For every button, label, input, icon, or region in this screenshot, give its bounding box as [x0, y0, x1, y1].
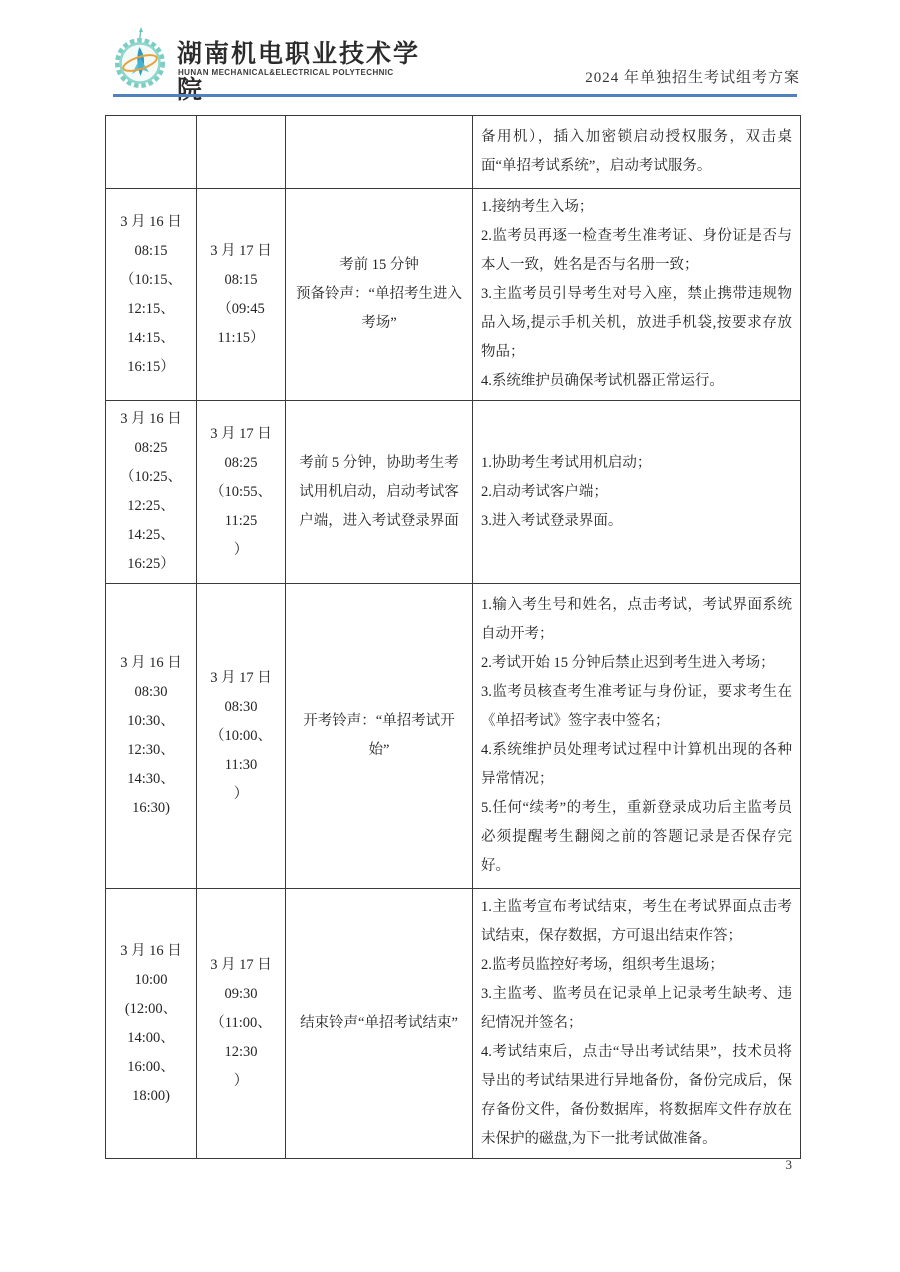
- task-item: 4.考试结束后，点击“导出考试结果”，技术员将导出的考试结果进行异地备份，备份完…: [481, 1038, 792, 1154]
- time-line: 3 月 17 日: [205, 664, 277, 693]
- time-line: 08:15: [114, 237, 188, 266]
- time-line: 14:30、: [114, 765, 188, 794]
- cell-activity: 考前 15 分钟预备铃声：“单招考生进入考场”: [286, 189, 473, 401]
- time-line: （10:00、: [205, 722, 277, 751]
- time-line: 11:30: [205, 751, 277, 780]
- time-line: （09:45: [205, 295, 277, 324]
- time-line: 12:25、: [114, 492, 188, 521]
- task-item: 4.系统维护员确保考试机器正常运行。: [481, 367, 792, 396]
- school-logo: [111, 26, 169, 88]
- time-line: 08:15: [205, 266, 277, 295]
- time-line: （10:15、: [114, 266, 188, 295]
- cell-activity: [286, 116, 473, 189]
- activity-line: 预备铃声：“单招考生进入考场”: [294, 280, 464, 338]
- time-line: 08:30: [205, 693, 277, 722]
- time-line: 14:25、: [114, 521, 188, 550]
- time-line: 11:25: [205, 507, 277, 536]
- cell-time-day1: 3 月 16 日08:15（10:15、12:15、14:15、16:15）: [106, 189, 197, 401]
- table-row: 备用机），插入加密锁启动授权服务，双击桌面“单招考试系统”，启动考试服务。: [106, 116, 801, 189]
- table-row: 3 月 16 日08:15（10:15、12:15、14:15、16:15）3 …: [106, 189, 801, 401]
- cell-time-day1: 3 月 16 日08:25（10:25、12:25、14:25、16:25）: [106, 401, 197, 584]
- cell-tasks: 1.主监考宣布考试结束，考生在考试界面点击考试结束，保存数据，方可退出结束作答；…: [473, 889, 801, 1159]
- schedule-table: 备用机），插入加密锁启动授权服务，双击桌面“单招考试系统”，启动考试服务。3 月…: [105, 115, 801, 1159]
- task-item: 3.主监考、监考员在记录单上记录考生缺考、违纪情况并签名；: [481, 980, 792, 1038]
- time-line: （10:25、: [114, 463, 188, 492]
- task-item: 3.监考员核查考生准考证与身份证，要求考生在《单招考试》签字表中签名；: [481, 678, 792, 736]
- cell-time-day2: [197, 116, 286, 189]
- time-line: 11:15）: [205, 324, 277, 353]
- time-line: 10:30、: [114, 707, 188, 736]
- time-line: 18:00): [114, 1082, 188, 1111]
- cell-activity: 开考铃声：“单招考试开始”: [286, 584, 473, 889]
- task-item: 备用机），插入加密锁启动授权服务，双击桌面“单招考试系统”，启动考试服务。: [481, 123, 792, 181]
- cell-tasks: 1.输入考生号和姓名，点击考试，考试界面系统自动开考；2.考试开始 15 分钟后…: [473, 584, 801, 889]
- task-item: 2.监考员监控好考场，组织考生退场；: [481, 951, 792, 980]
- task-item: 2.监考员再逐一检查考生准考证、身份证是否与本人一致，姓名是否与名册一致；: [481, 222, 792, 280]
- time-line: 12:15、: [114, 295, 188, 324]
- time-line: 08:30: [114, 678, 188, 707]
- cell-activity: 考前 5 分钟，协助考生考试用机启动，启动考试客户端，进入考试登录界面: [286, 401, 473, 584]
- cell-time-day1: 3 月 16 日08:3010:30、12:30、14:30、16:30): [106, 584, 197, 889]
- task-item: 1.协助考生考试用机启动；: [481, 449, 792, 478]
- time-line: 3 月 16 日: [114, 208, 188, 237]
- time-line: 16:25）: [114, 550, 188, 579]
- time-line: 14:00、: [114, 1024, 188, 1053]
- task-item: 3.进入考试登录界面。: [481, 507, 792, 536]
- time-line: 12:30、: [114, 736, 188, 765]
- task-item: 2.启动考试客户端；: [481, 478, 792, 507]
- activity-line: 结束铃声“单招考试结束”: [294, 1009, 464, 1038]
- time-line: ）: [205, 536, 277, 565]
- cell-time-day1: 3 月 16 日10:00(12:00、14:00、16:00、18:00): [106, 889, 197, 1159]
- schedule-table-body: 备用机），插入加密锁启动授权服务，双击桌面“单招考试系统”，启动考试服务。3 月…: [106, 116, 801, 1159]
- task-item: 1.主监考宣布考试结束，考生在考试界面点击考试结束，保存数据，方可退出结束作答；: [481, 893, 792, 951]
- time-line: 3 月 16 日: [114, 937, 188, 966]
- cell-tasks: 1.接纳考生入场；2.监考员再逐一检查考生准考证、身份证是否与本人一致，姓名是否…: [473, 189, 801, 401]
- time-line: 09:30: [205, 980, 277, 1009]
- activity-line: 开考铃声：“单招考试开始”: [294, 707, 464, 765]
- time-line: 08:25: [114, 434, 188, 463]
- task-item: 4.系统维护员处理考试过程中计算机出现的各种异常情况；: [481, 736, 792, 794]
- table-row: 3 月 16 日08:25（10:25、12:25、14:25、16:25）3 …: [106, 401, 801, 584]
- activity-line: 考前 15 分钟: [294, 251, 464, 280]
- time-line: 10:00: [114, 966, 188, 995]
- cell-time-day2: 3 月 17 日08:30（10:00、11:30）: [197, 584, 286, 889]
- time-line: 16:30): [114, 794, 188, 823]
- task-item: 1.接纳考生入场；: [481, 193, 792, 222]
- time-line: 3 月 17 日: [205, 237, 277, 266]
- table-row: 3 月 16 日10:00(12:00、14:00、16:00、18:00)3 …: [106, 889, 801, 1159]
- time-line: （11:00、: [205, 1009, 277, 1038]
- time-line: 16:15）: [114, 353, 188, 382]
- document-page: 湖南机电职业技术学院 HUNAN MECHANICAL&ELECTRICAL P…: [0, 0, 900, 1272]
- header-divider: [113, 94, 797, 97]
- time-line: 3 月 17 日: [205, 420, 277, 449]
- time-line: ）: [205, 780, 277, 809]
- time-line: 16:00、: [114, 1053, 188, 1082]
- task-item: 2.考试开始 15 分钟后禁止迟到考生进入考场；: [481, 649, 792, 678]
- school-name-en: HUNAN MECHANICAL&ELECTRICAL POLYTECHNIC: [178, 68, 478, 77]
- time-line: 14:15、: [114, 324, 188, 353]
- cell-time-day2: 3 月 17 日08:15（09:4511:15）: [197, 189, 286, 401]
- task-item: 3.主监考员引导考生对号入座，禁止携带违规物品入场,提示手机关机，放进手机袋,按…: [481, 280, 792, 367]
- cell-activity: 结束铃声“单招考试结束”: [286, 889, 473, 1159]
- time-line: 3 月 16 日: [114, 649, 188, 678]
- task-item: 5.任何“续考”的考生，重新登录成功后主监考员必须提醒考生翻阅之前的答题记录是否…: [481, 794, 792, 881]
- cell-time-day1: [106, 116, 197, 189]
- table-row: 3 月 16 日08:3010:30、12:30、14:30、16:30)3 月…: [106, 584, 801, 889]
- time-line: 08:25: [205, 449, 277, 478]
- time-line: 12:30: [205, 1038, 277, 1067]
- time-line: 3 月 16 日: [114, 405, 188, 434]
- time-line: ）: [205, 1067, 277, 1096]
- task-item: 1.输入考生号和姓名，点击考试，考试界面系统自动开考；: [481, 591, 792, 649]
- activity-line: 考前 5 分钟，协助考生考试用机启动，启动考试客户端，进入考试登录界面: [294, 449, 464, 536]
- cell-time-day2: 3 月 17 日08:25（10:55、11:25）: [197, 401, 286, 584]
- cell-tasks: 1.协助考生考试用机启动；2.启动考试客户端；3.进入考试登录界面。: [473, 401, 801, 584]
- page-number: 3: [105, 1157, 800, 1173]
- doc-title: 2024 年单独招生考试组考方案: [585, 66, 800, 87]
- time-line: 3 月 17 日: [205, 951, 277, 980]
- cell-tasks: 备用机），插入加密锁启动授权服务，双击桌面“单招考试系统”，启动考试服务。: [473, 116, 801, 189]
- time-line: (12:00、: [114, 995, 188, 1024]
- gear-globe-logo-icon: [111, 26, 169, 88]
- cell-time-day2: 3 月 17 日09:30（11:00、12:30）: [197, 889, 286, 1159]
- time-line: （10:55、: [205, 478, 277, 507]
